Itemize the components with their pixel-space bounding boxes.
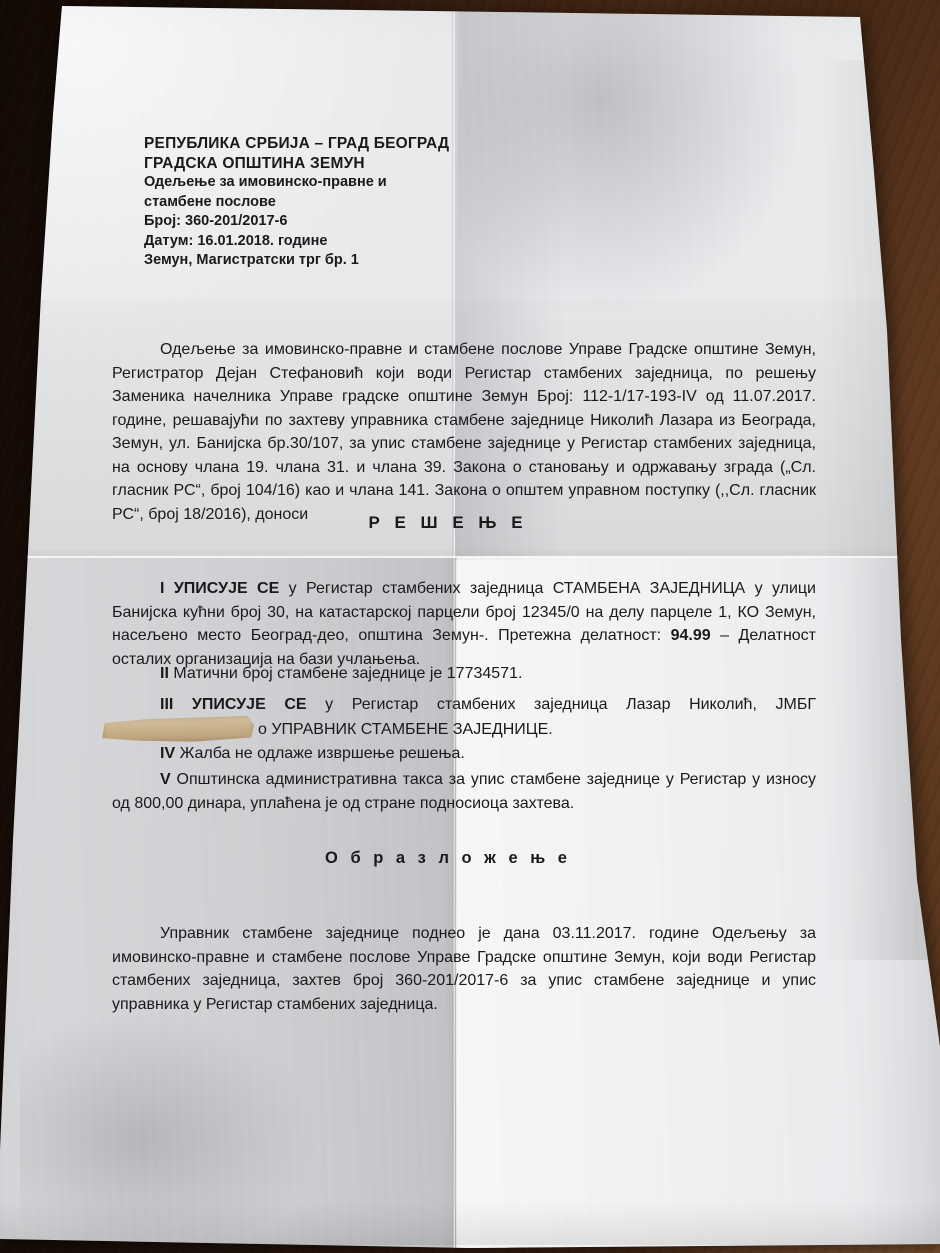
header-municipality-line: ГРАДСКА ОПШТИНА ЗЕМУН [144, 154, 564, 174]
paper-shading-right-edge [820, 60, 930, 960]
section-1: I УПИСУЈЕ СЕ у Регистар стамбених заједн… [112, 577, 816, 671]
section-1-activity-code: 94.99 [671, 627, 711, 644]
header-date: Датум: 16.01.2018. године [144, 232, 564, 252]
section-3-line-2: о УПРАВНИК СТАМБЕНЕ ЗАЈЕДНИЦЕ. [112, 718, 816, 742]
decision-heading: Р Е Ш Е Њ Е [96, 513, 800, 533]
header-case-number: Број: 360-201/2017-6 [144, 212, 564, 232]
section-2-lead: II [160, 665, 169, 682]
intro-paragraph: Одељење за имовинско-правне и стамбене п… [112, 338, 816, 526]
header-republic-line: РЕПУБЛИКА СРБИЈА – ГРАД БЕОГРАД [144, 134, 564, 154]
section-4: IV Жалба не одлаже извршење решења. [112, 742, 816, 766]
paper-sheet-wrapper: РЕПУБЛИКА СРБИЈА – ГРАД БЕОГРАД ГРАДСКА … [0, 0, 940, 1253]
paper-shading-bottom [0, 1200, 940, 1245]
horizontal-fold-crease [0, 556, 940, 558]
masking-tape-redaction [102, 715, 254, 743]
section-5-lead: V [160, 771, 171, 788]
section-1-lead: I УПИСУЈЕ СЕ [160, 580, 279, 597]
section-2: II Матични број стамбене заједнице је 17… [112, 662, 816, 686]
paper-sheet: РЕПУБЛИКА СРБИЈА – ГРАД БЕОГРАД ГРАДСКА … [0, 0, 940, 1253]
document-header: РЕПУБЛИКА СРБИЈА – ГРАД БЕОГРАД ГРАДСКА … [144, 134, 564, 271]
header-department-line-2: стамбене послове [144, 193, 564, 213]
header-address: Земун, Магистратски трг бр. 1 [144, 251, 564, 271]
section-3-text-after-tape: о УПРАВНИК СТАМБЕНЕ ЗАЈЕДНИЦЕ. [258, 721, 553, 738]
section-4-text: Жалба не одлаже извршење решења. [175, 745, 465, 762]
section-3: III УПИСУЈЕ СЕ у Регистар стамбених заје… [112, 693, 816, 741]
section-5-text: Општинска административна такса за упис … [112, 771, 816, 812]
section-3-line-1: III УПИСУЈЕ СЕ у Регистар стамбених заје… [112, 693, 816, 717]
paper-shading-blotch [20, 1010, 320, 1245]
section-3-lead: III УПИСУЈЕ СЕ [160, 696, 307, 713]
photo-of-document: РЕПУБЛИКА СРБИЈА – ГРАД БЕОГРАД ГРАДСКА … [0, 0, 940, 1253]
explanation-heading: О б р а з л о ж е њ е [96, 849, 800, 868]
section-2-text: Матични број стамбене заједнице је 17734… [169, 665, 523, 682]
explanation-paragraph: Управник стамбене заједнице поднео је да… [112, 922, 816, 1016]
section-3-text: у Регистар стамбених заједница Лазар Ник… [307, 696, 816, 713]
section-5: V Општинска административна такса за упи… [112, 768, 816, 815]
header-department-line-1: Одељење за имовинско-правне и [144, 173, 564, 193]
section-4-lead: IV [160, 745, 175, 762]
